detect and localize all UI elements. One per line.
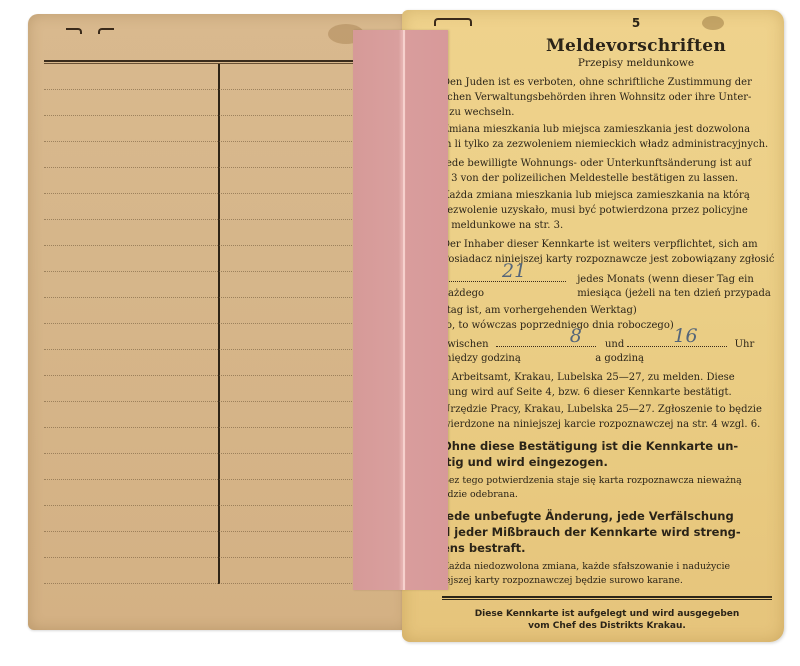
top-double-rule [44, 60, 384, 64]
binding-tape [353, 30, 448, 590]
paragraph-confirmation-pl: Każda zmiana mieszkania lub miejsca zami… [442, 188, 780, 233]
warning-forgery-de: Jede unbefugte Änderung, jede Verfälschu… [442, 508, 780, 556]
paragraph-residence-de: Den Juden ist es verboten, ohne schriftl… [442, 75, 780, 120]
ruled-line [44, 89, 384, 90]
ruled-line [44, 505, 384, 506]
time-field-pl-row: między godziną a godziną [442, 351, 780, 366]
warning-invalid-de: Ohne diese Bestätigung ist die Kennkarte… [442, 438, 780, 470]
to-hour-field: 16 [627, 336, 727, 347]
ruled-line [44, 453, 384, 454]
paragraph-office-de: n Arbeitsamt, Krakau, Lubelska 25—27, zu… [442, 370, 780, 400]
warning-forgery-pl: Każda niedozwolona zmiana, każde sfałszo… [442, 560, 780, 588]
staple-mark [66, 28, 82, 34]
ruled-line [44, 401, 384, 402]
ruled-line [44, 193, 384, 194]
ruled-line [44, 323, 384, 324]
ruled-line [44, 219, 384, 220]
page-title: Meldevorschriften [492, 36, 780, 56]
ruled-line [44, 583, 384, 584]
ruled-line [44, 557, 384, 558]
bottom-double-rule [442, 596, 772, 600]
paragraph-workday: rtag ist, am vorhergehenden Werktag) to,… [442, 303, 780, 333]
warning-invalid-pl: Bez tego potwierdzenia staje się karta r… [442, 474, 780, 502]
ruled-line [44, 297, 384, 298]
handwritten-from-hour: 8 [570, 327, 582, 346]
ruled-line [44, 271, 384, 272]
time-field-row: zwischen 8 und 16 Uhr [442, 336, 780, 351]
ruled-line [44, 427, 384, 428]
staple-mark [98, 28, 114, 34]
right-page: 5 Meldevorschriften Przepisy meldunkowe … [402, 10, 784, 642]
paragraph-obligation: Der Inhaber dieser Kennkarte ist weiters… [442, 237, 780, 267]
issuer-footer: Diese Kennkarte ist aufgelegt und wird a… [442, 608, 772, 632]
page-number: 5 [492, 16, 780, 30]
day-field: 21 [442, 271, 566, 282]
ruled-line [44, 375, 384, 376]
ruled-line [44, 115, 384, 116]
day-field-pl-row: każdego miesiąca (jeżeli na ten dzień pr… [442, 286, 780, 301]
paragraph-confirmation-de: Jede bewilligte Wohnungs- oder Unterkunf… [442, 156, 780, 186]
handwritten-to-hour: 16 [673, 327, 697, 346]
page-content: 5 Meldevorschriften Przepisy meldunkowe … [442, 16, 780, 632]
from-hour-field: 8 [496, 336, 596, 347]
ruled-line [44, 349, 384, 350]
day-field-row: 21 jedes Monats (wenn dieser Tag ein [442, 271, 780, 286]
ruled-line [44, 245, 384, 246]
ruled-line [44, 141, 384, 142]
ruled-line [44, 167, 384, 168]
ruled-line [44, 531, 384, 532]
paragraph-office-pl: Urzędzie Pracy, Krakau, Lubelska 25—27. … [442, 402, 780, 432]
page-subtitle: Przepisy meldunkowe [492, 57, 780, 69]
tape-fold [403, 30, 405, 590]
column-divider [218, 64, 220, 584]
ruled-line [44, 479, 384, 480]
left-page [28, 14, 408, 630]
paragraph-residence-pl: Zmiana mieszkania lub miejsca zamieszkan… [442, 122, 780, 152]
handwritten-day: 21 [502, 262, 526, 281]
